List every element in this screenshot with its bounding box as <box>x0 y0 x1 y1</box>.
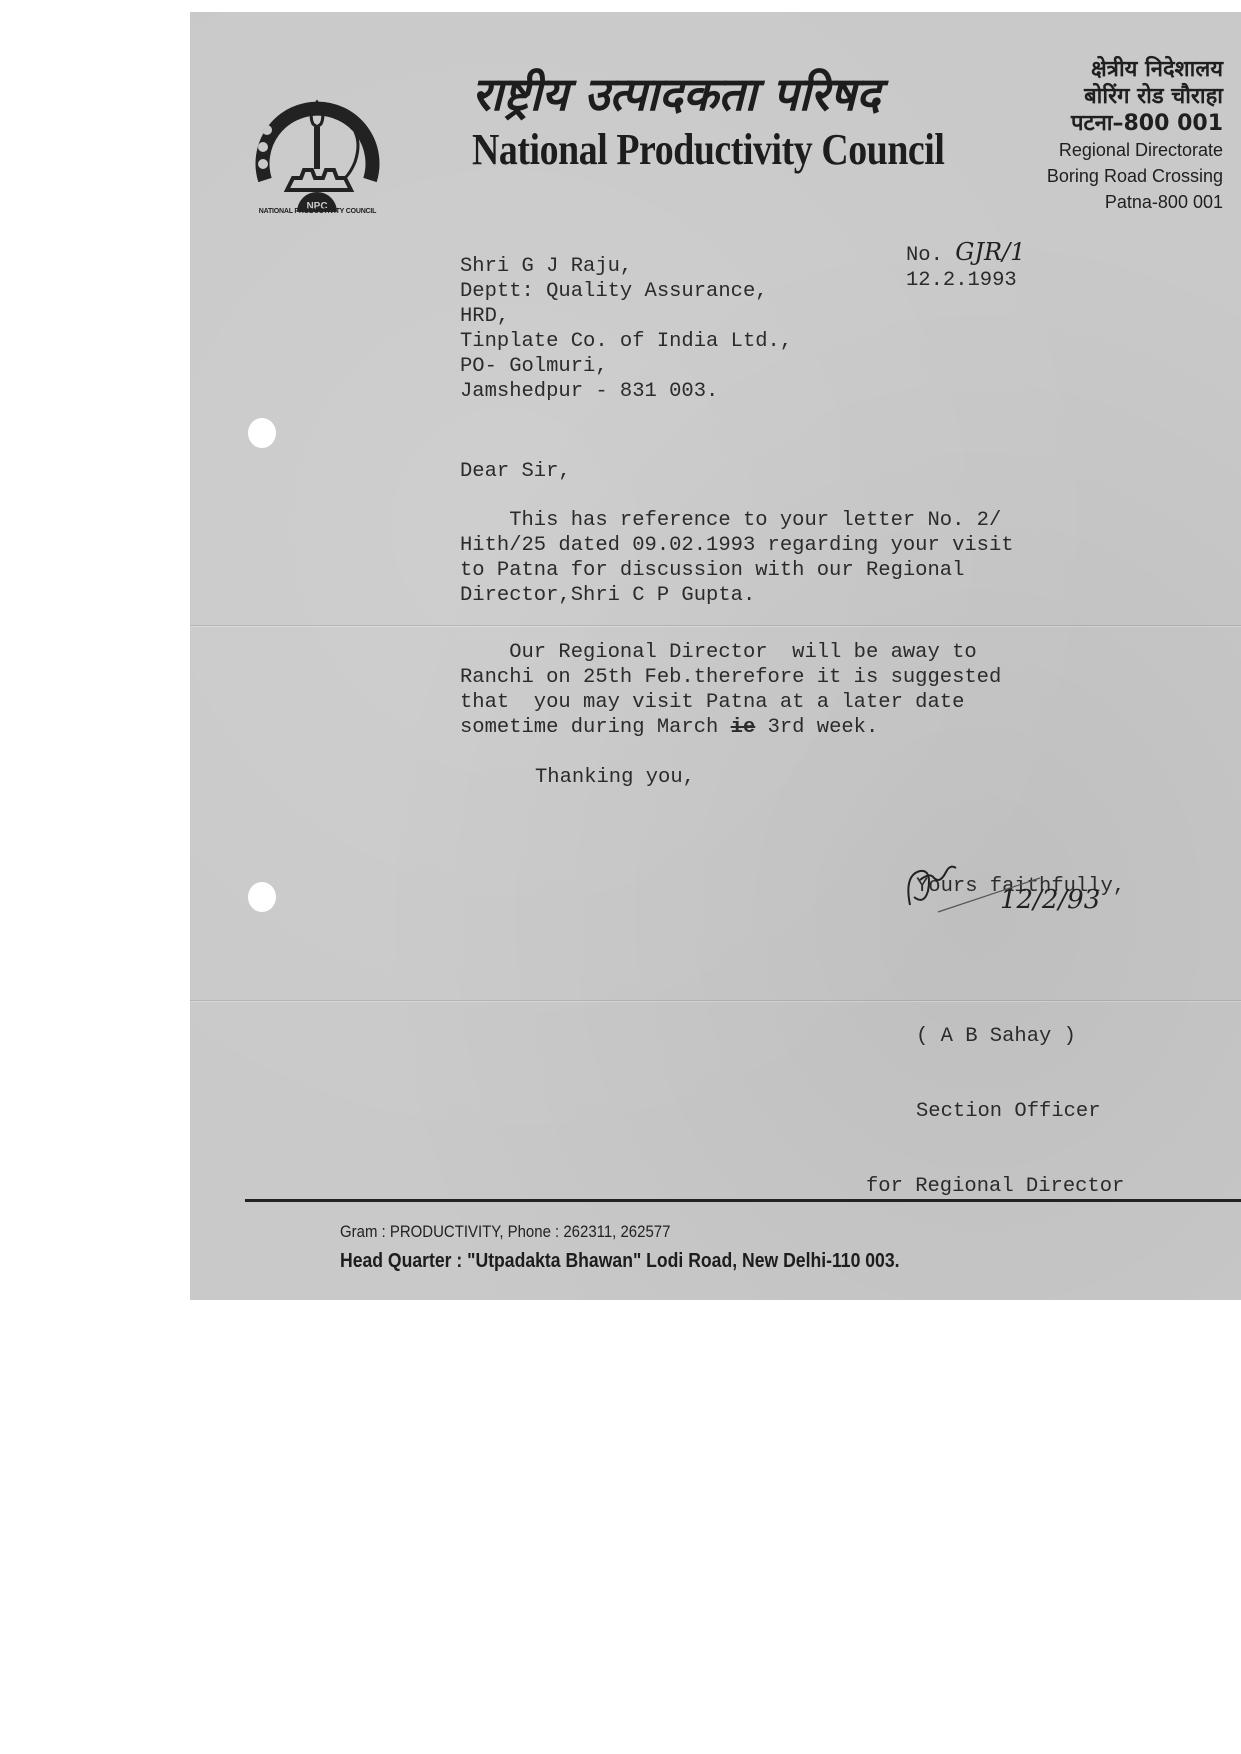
address-english-line: Regional Directorate <box>1047 137 1223 163</box>
recipient-address: Shri G J Raju, Deptt: Quality Assurance,… <box>460 254 792 404</box>
recipient-line: HRD, <box>460 305 509 328</box>
recipient-line: Jamshedpur - 831 003. <box>460 380 718 403</box>
signature-space <box>866 949 1125 974</box>
body-line: sometime during March ie 3rd week. <box>460 716 878 739</box>
address-english-line: Boring Road Crossing <box>1047 163 1223 189</box>
footer-headquarters: Head Quarter : "Utpadakta Bhawan" Lodi R… <box>340 1250 900 1273</box>
salutation: Dear Sir, <box>460 459 571 484</box>
body-line: Our Regional Director will be away to <box>460 641 977 664</box>
reference-number: GJR/1 <box>955 238 1025 266</box>
npc-logo-icon: NPC <box>235 62 400 222</box>
address-english-line: Patna-800 001 <box>1047 189 1223 215</box>
recipient-line: Deptt: Quality Assurance, <box>460 280 768 303</box>
svg-text:12/2/93: 12/2/93 <box>1000 885 1100 915</box>
regional-address-block: क्षेत्रीय निदेशालय बोरिंग रोड चौराहा पटन… <box>1047 56 1223 215</box>
body-line: Director,Shri C P Gupta. <box>460 584 755 607</box>
body-line: This has reference to your letter No. 2/ <box>460 509 1001 532</box>
signatory-title: Section Officer <box>866 1099 1125 1124</box>
recipient-line: Tinplate Co. of India Ltd., <box>460 330 792 353</box>
recipient-line: PO- Golmuri, <box>460 355 608 378</box>
signatory-name: ( A B Sahay ) <box>866 1024 1125 1049</box>
letter-date: 12.2.1993 <box>906 269 1017 292</box>
reference-block: No. GJR/1 12.2.1993 <box>906 240 1025 293</box>
struck-out-text: ie <box>731 716 756 739</box>
logo-caption: NATIONAL PRODUCTIVITY COUNCIL <box>230 208 405 215</box>
body-paragraph-2: Our Regional Director will be away to Ra… <box>460 640 1001 740</box>
organisation-title-hindi: राष्ट्रीय उत्पादकता परिषद <box>472 62 880 124</box>
body-line: Ranchi on 25th Feb.therefore it is sugge… <box>460 666 1001 689</box>
reference-label: No. <box>906 244 943 267</box>
footer-contact: Gram : PRODUCTIVITY, Phone : 262311, 262… <box>340 1222 670 1242</box>
handwritten-signature-icon: 12/2/93 <box>890 850 1120 930</box>
body-text: sometime during March <box>460 716 731 739</box>
body-line: to Patna for discussion with our Regiona… <box>460 559 964 582</box>
organisation-title-english: National Productivity Council <box>472 124 944 175</box>
punch-hole <box>248 882 276 912</box>
body-line: that you may visit Patna at a later date <box>460 691 964 714</box>
address-hindi-line: क्षेत्रीय निदेशालय <box>1047 56 1223 83</box>
signatory-for: for Regional Director <box>866 1174 1125 1199</box>
fold-crease <box>190 625 1241 626</box>
thanks-line: Thanking you, <box>535 765 695 790</box>
body-paragraph-1: This has reference to your letter No. 2/… <box>460 508 1014 608</box>
body-text: 3rd week. <box>755 716 878 739</box>
recipient-line: Shri G J Raju, <box>460 255 632 278</box>
body-line: Hith/25 dated 09.02.1993 regarding your … <box>460 534 1014 557</box>
address-hindi-line: बोरिंग रोड चौराहा <box>1047 83 1223 110</box>
address-hindi-line: पटना–800 001 <box>1047 110 1223 137</box>
footer-divider <box>245 1199 1241 1202</box>
letter-page: NPC NATIONAL PRODUCTIVITY COUNCIL राष्ट्… <box>190 12 1241 1300</box>
punch-hole <box>248 418 276 448</box>
